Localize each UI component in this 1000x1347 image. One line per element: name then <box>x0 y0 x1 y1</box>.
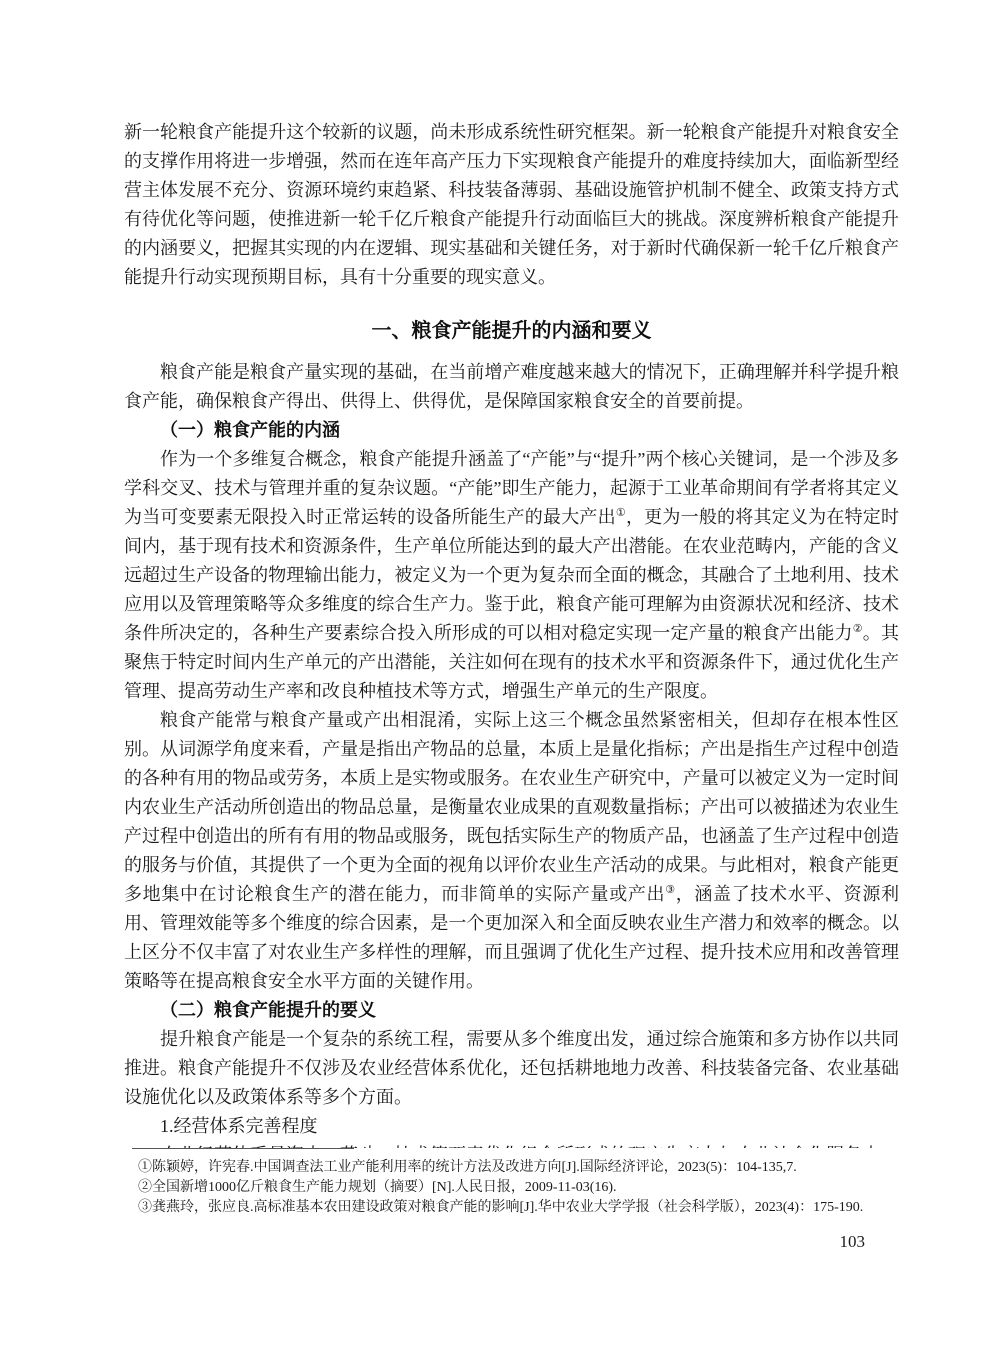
text-run: 粮食产能常与粮食产量或产出相混淆，实际上这三个概念虽然紧密相关，但却存在根本性区… <box>124 710 899 904</box>
footnote-entry: ③龚燕玲，张应良.高标准基本农田建设政策对粮食产能的影响[J].华中农业大学学报… <box>124 1198 899 1218</box>
intro-continuation-paragraph: 新一轮粮食产能提升这个较新的议题，尚未形成系统性研究框架。新一轮粮食产能提升对粮… <box>124 118 899 292</box>
footnote-entry: ②全国新增1000亿斤粮食生产能力规划（摘要）[N].人民日报，2009-11-… <box>124 1178 899 1198</box>
distinction-paragraph: 粮食产能常与粮食产量或产出相混淆，实际上这三个概念虽然紧密相关，但却存在根本性区… <box>124 706 899 996</box>
numbered-item-heading: 1.经营体系完善程度 <box>124 1112 899 1141</box>
connotation-paragraph: 作为一个多维复合概念，粮食产能提升涵盖了“产能”与“提升”两个核心关键词，是一个… <box>124 445 899 706</box>
footnote-reference-marker: ③ <box>665 884 676 896</box>
text-run: 1.经营体系完善程度 <box>160 1116 318 1136</box>
subsection-title: （一）粮食产能的内涵 <box>124 416 899 445</box>
page-number: 103 <box>840 1232 866 1252</box>
truncated-last-paragraph: 农业经营体系是资本、劳动、技术等要素优化组合所形成的现实生产力与农业社会化服务水 <box>124 1141 899 1148</box>
footnote-area: ①陈颖婷，许宪春.中国调查法工业产能利用率的统计方法及改进方向[J].国际经济评… <box>124 1148 899 1218</box>
footnote-separator-rule <box>132 1148 354 1149</box>
footnote-list: ①陈颖婷，许宪春.中国调查法工业产能利用率的统计方法及改进方向[J].国际经济评… <box>124 1158 899 1218</box>
text-run: 提升粮食产能是一个复杂的系统工程，需要从多个维度出发，通过综合施策和多方协作以共… <box>124 1029 899 1107</box>
essentials-lead-paragraph: 提升粮食产能是一个复杂的系统工程，需要从多个维度出发，通过综合施策和多方协作以共… <box>124 1025 899 1112</box>
paper-page: 新一轮粮食产能提升这个较新的议题，尚未形成系统性研究框架。新一轮粮食产能提升对粮… <box>0 0 1000 1347</box>
footnote-entry: ①陈颖婷，许宪春.中国调查法工业产能利用率的统计方法及改进方向[J].国际经济评… <box>124 1158 899 1178</box>
document-body: 新一轮粮食产能提升这个较新的议题，尚未形成系统性研究框架。新一轮粮食产能提升对粮… <box>124 118 899 1148</box>
text-run: 粮食产能是粮食产量实现的基础，在当前增产难度越来越大的情况下，正确理解并科学提升… <box>124 362 899 411</box>
footnote-reference-marker: ① <box>616 507 626 519</box>
section-title: 一、粮食产能提升的内涵和要义 <box>124 317 899 346</box>
text-run: ，更为一般的将其定义为在特定时间内，基于现有技术和资源条件，生产单位所能达到的最… <box>124 507 899 643</box>
subsection-title: （二）粮食产能提升的要义 <box>124 996 899 1025</box>
footnote-reference-marker: ② <box>853 623 863 635</box>
text-run: 新一轮粮食产能提升这个较新的议题，尚未形成系统性研究框架。新一轮粮食产能提升对粮… <box>124 122 899 287</box>
section-lead-paragraph: 粮食产能是粮食产量实现的基础，在当前增产难度越来越大的情况下，正确理解并科学提升… <box>124 358 899 416</box>
